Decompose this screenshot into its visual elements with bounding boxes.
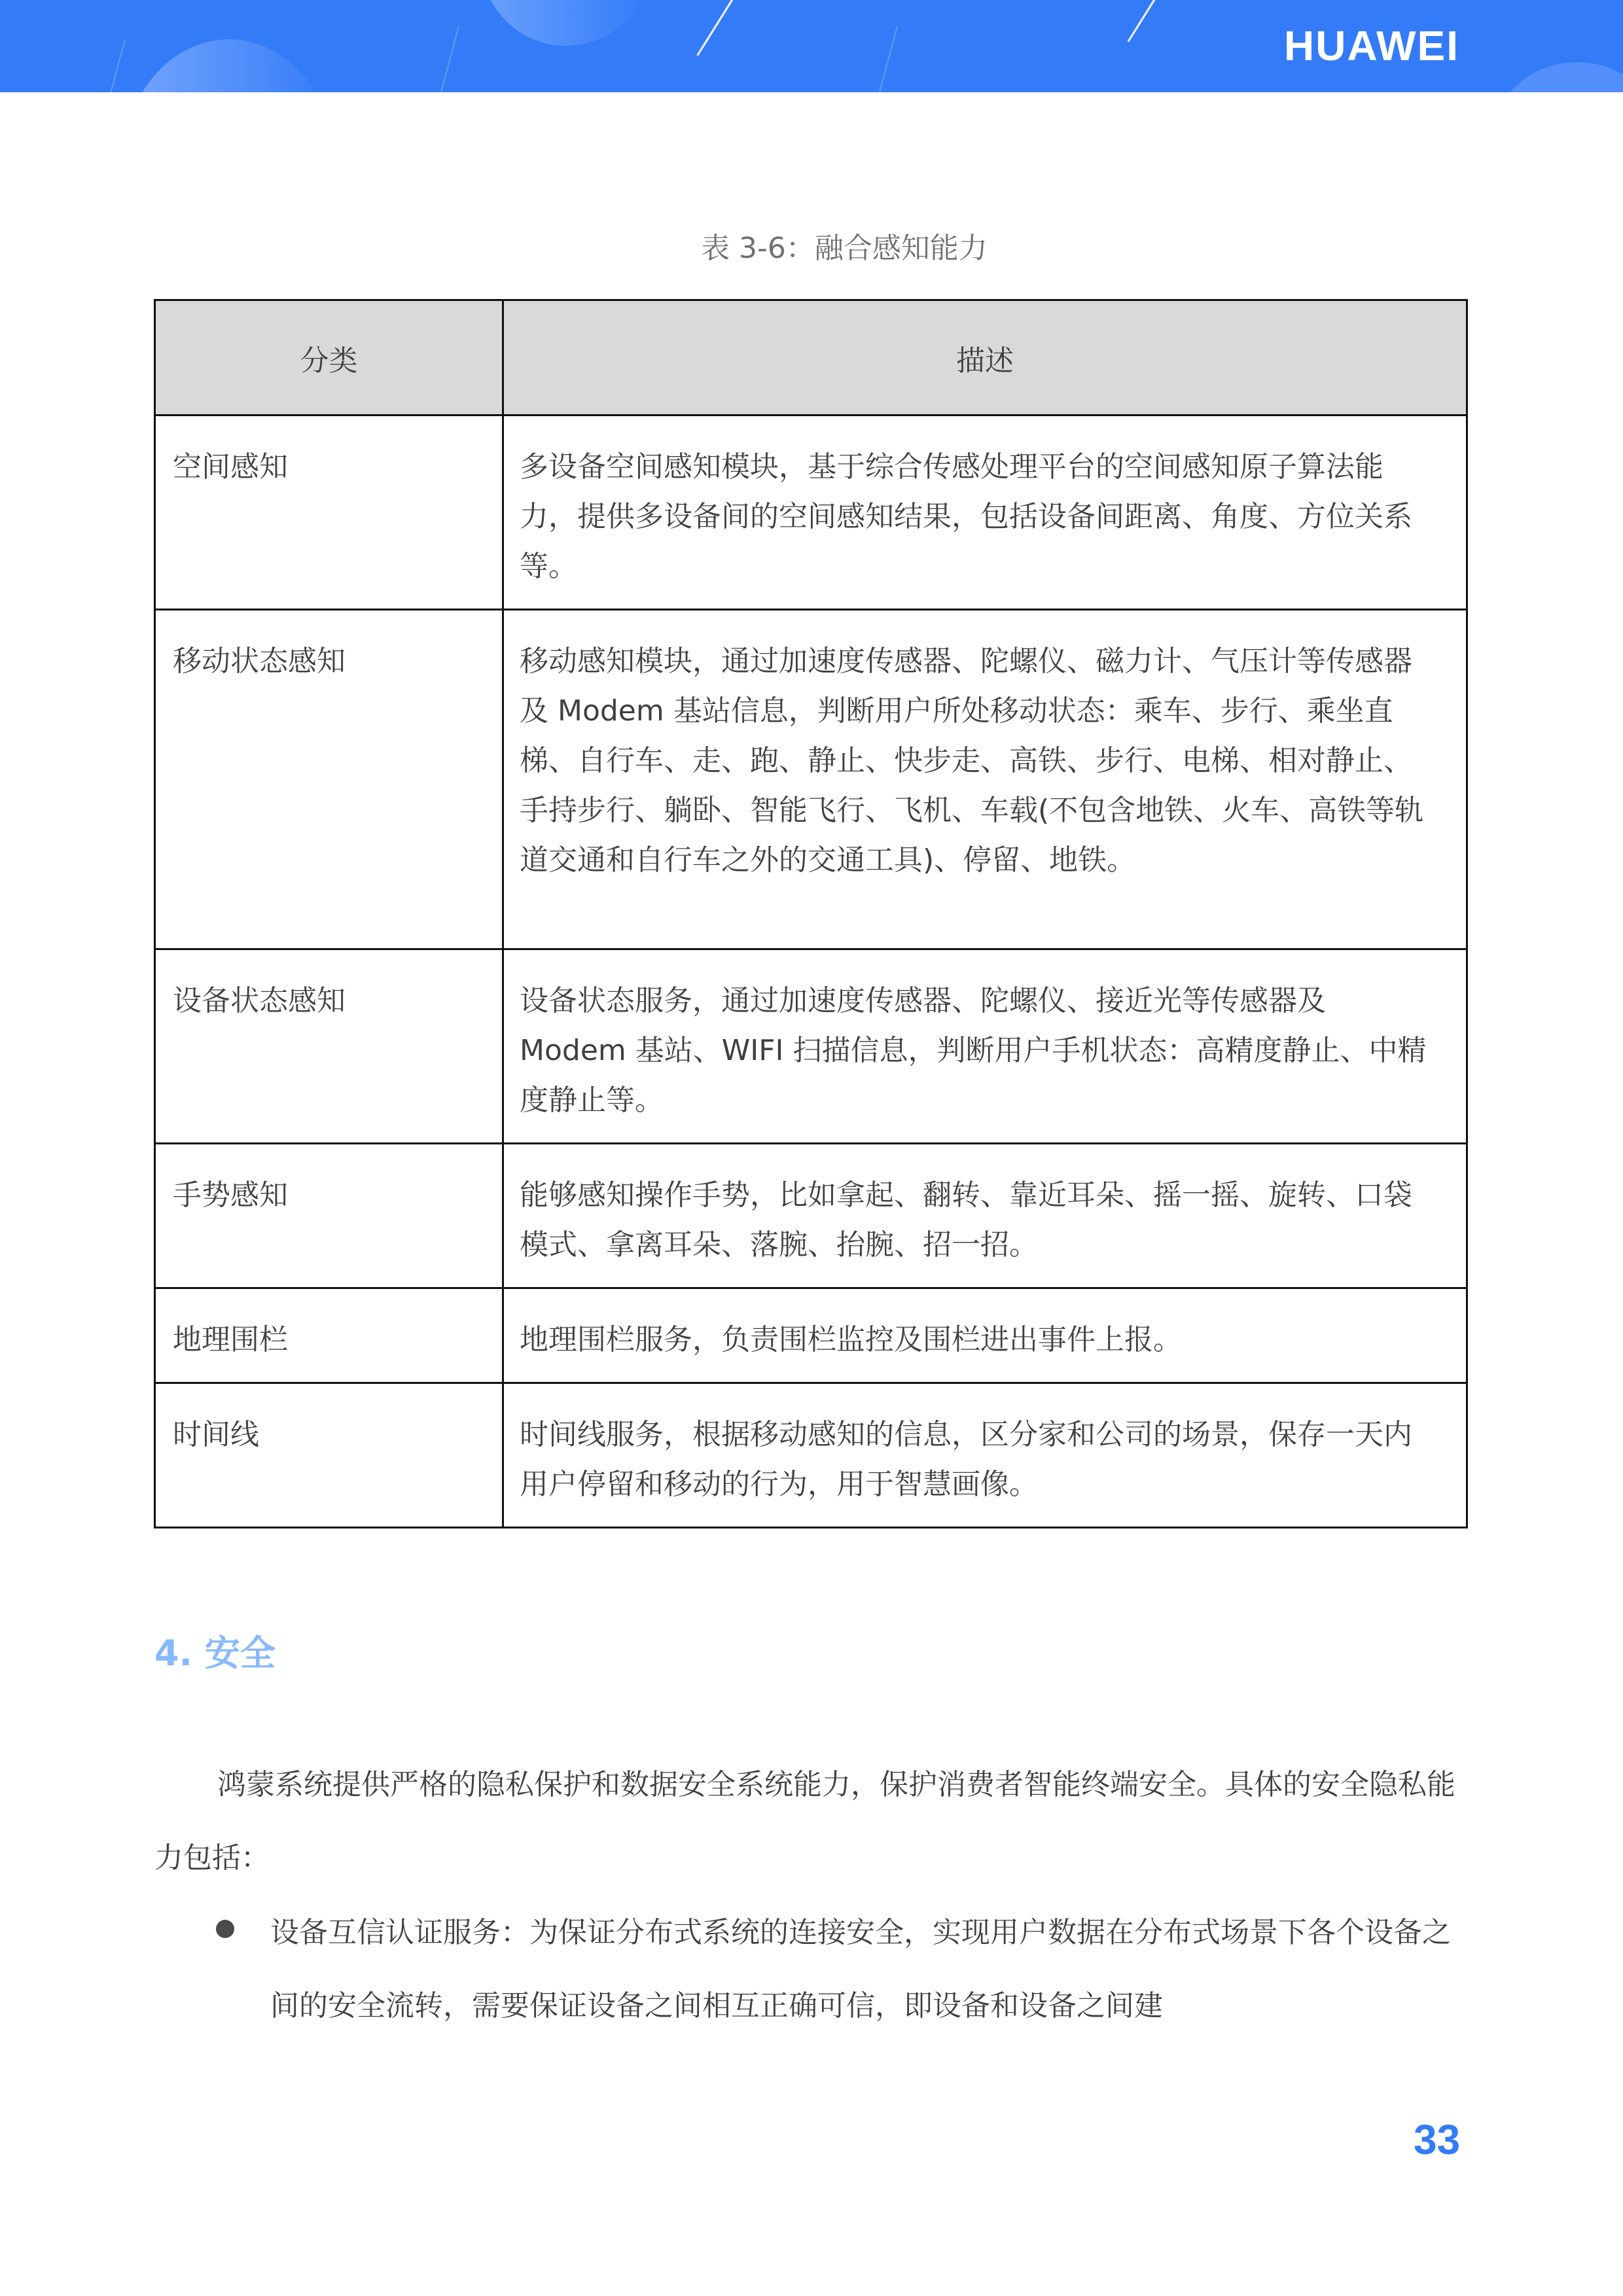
header-banner: HUAWEI bbox=[0, 0, 1623, 92]
category-text: 移动状态感知 bbox=[173, 637, 502, 686]
category-cell: 时间线 bbox=[155, 1383, 503, 1528]
banner-decoration bbox=[878, 26, 898, 92]
body-paragraph: 鸿蒙系统提供严格的隐私保护和数据安全系统能力，保护消费者智能终端安全。具体的安全… bbox=[154, 1748, 1469, 1895]
banner-decoration bbox=[440, 26, 459, 92]
table-row: 移动状态感知 移动感知模块，通过加速度传感器、陀螺仪、磁力计、气压计等传感器及 … bbox=[155, 610, 1467, 949]
table-header-row: 分类 描述 bbox=[155, 300, 1467, 415]
category-text: 空间感知 bbox=[173, 442, 502, 492]
table-row: 地理围栏 地理围栏服务，负责围栏监控及围栏进出事件上报。 bbox=[155, 1288, 1467, 1383]
category-text: 地理围栏 bbox=[173, 1315, 502, 1365]
banner-decoration bbox=[1492, 62, 1623, 92]
category-cell: 移动状态感知 bbox=[155, 610, 503, 949]
bullet-text: 设备互信认证服务：为保证分布式系统的连接安全，实现用户数据在分布式场景下各个设备… bbox=[270, 1896, 1469, 2043]
description-cell: 能够感知操作手势，比如拿起、翻转、靠近耳朵、摇一摇、旋转、口袋模式、拿离耳朵、落… bbox=[503, 1144, 1467, 1288]
banner-decoration bbox=[1128, 0, 1157, 42]
category-cell: 地理围栏 bbox=[155, 1288, 503, 1383]
table-row: 空间感知 多设备空间感知模块，基于综合传感处理平台的空间感知原子算法能力，提供多… bbox=[155, 415, 1467, 610]
description-text: 移动感知模块，通过加速度传感器、陀螺仪、磁力计、气压计等传感器及 Modem 基… bbox=[520, 637, 1440, 885]
description-text: 能够感知操作手势，比如拿起、翻转、靠近耳朵、摇一摇、旋转、口袋模式、拿离耳朵、落… bbox=[520, 1171, 1440, 1270]
category-cell: 空间感知 bbox=[155, 415, 503, 610]
banner-decoration bbox=[109, 39, 126, 92]
bullet-dot-icon bbox=[216, 1920, 234, 1938]
section-heading: 4. 安全 bbox=[154, 1636, 276, 1671]
brand-logo-text: HUAWEI bbox=[1284, 25, 1459, 67]
table-row: 手势感知 能够感知操作手势，比如拿起、翻转、靠近耳朵、摇一摇、旋转、口袋模式、拿… bbox=[155, 1144, 1467, 1288]
description-cell: 地理围栏服务，负责围栏监控及围栏进出事件上报。 bbox=[503, 1288, 1467, 1383]
description-cell: 时间线服务，根据移动感知的信息，区分家和公司的场景，保存一天内用户停留和移动的行… bbox=[503, 1383, 1467, 1528]
table-row: 时间线 时间线服务，根据移动感知的信息，区分家和公司的场景，保存一天内用户停留和… bbox=[155, 1383, 1467, 1528]
banner-decoration bbox=[696, 0, 734, 56]
column-header-category: 分类 bbox=[155, 300, 503, 415]
category-cell: 设备状态感知 bbox=[155, 949, 503, 1144]
description-text: 时间线服务，根据移动感知的信息，区分家和公司的场景，保存一天内用户停留和移动的行… bbox=[520, 1410, 1440, 1510]
description-cell: 设备状态服务，通过加速度传感器、陀螺仪、接近光等传感器及 Modem 基站、WI… bbox=[503, 949, 1467, 1144]
category-text: 时间线 bbox=[173, 1410, 502, 1460]
table-row: 设备状态感知 设备状态服务，通过加速度传感器、陀螺仪、接近光等传感器及 Mode… bbox=[155, 949, 1467, 1144]
table-caption: 表 3-6：融合感知能力 bbox=[0, 234, 1623, 263]
banner-decoration bbox=[121, 39, 337, 92]
description-text: 设备状态服务，通过加速度传感器、陀螺仪、接近光等传感器及 Modem 基站、WI… bbox=[520, 976, 1440, 1125]
page-number: 33 bbox=[1414, 2119, 1460, 2161]
description-cell: 多设备空间感知模块，基于综合传感处理平台的空间感知原子算法能力，提供多设备间的空… bbox=[503, 415, 1467, 610]
banner-decoration bbox=[481, 0, 651, 46]
description-cell: 移动感知模块，通过加速度传感器、陀螺仪、磁力计、气压计等传感器及 Modem 基… bbox=[503, 610, 1467, 949]
description-text: 地理围栏服务，负责围栏监控及围栏进出事件上报。 bbox=[520, 1315, 1440, 1365]
category-text: 设备状态感知 bbox=[173, 976, 502, 1026]
description-text: 多设备空间感知模块，基于综合传感处理平台的空间感知原子算法能力，提供多设备间的空… bbox=[520, 442, 1440, 592]
category-text: 手势感知 bbox=[173, 1171, 502, 1220]
category-cell: 手势感知 bbox=[155, 1144, 503, 1288]
fusion-perception-table: 分类 描述 空间感知 多设备空间感知模块，基于综合传感处理平台的空间感知原子算法… bbox=[154, 299, 1468, 1528]
column-header-description: 描述 bbox=[503, 300, 1467, 415]
